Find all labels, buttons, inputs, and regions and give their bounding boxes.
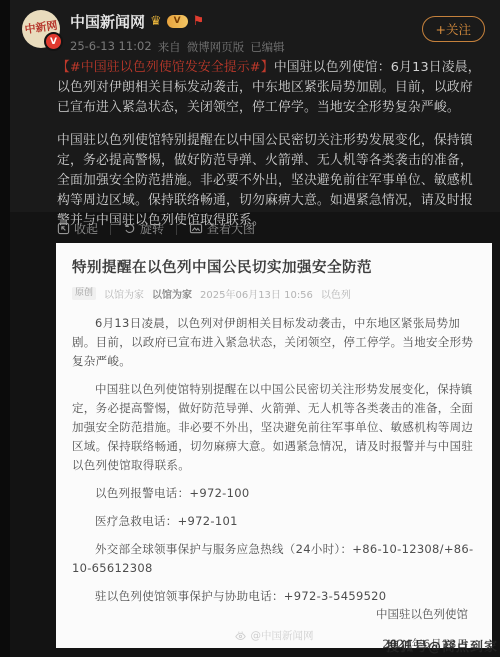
view-large-icon — [189, 222, 203, 235]
vip-badge: V — [167, 15, 188, 28]
article-meta: 原创 以馆为家 以馆为家 2025年06月13日 10:56 以色列 — [72, 286, 476, 301]
weibo-watermark: @中国新闻网 — [235, 628, 314, 643]
corner-watermark: 搜狐号@商点到家 — [386, 636, 498, 655]
article-phone-hotline: 外交部全球领事保护与服务应急热线（24小时）：+86-10-12308/+86-… — [72, 540, 476, 578]
embedded-article-image[interactable]: 特别提醒在以色列中国公民切实加强安全防范 原创 以馆为家 以馆为家 2025年0… — [56, 243, 492, 648]
article-phone-embassy: 驻以色列使馆领事保护与协助电话：+972-3-5459520 — [72, 587, 476, 606]
weibo-eye-icon — [235, 631, 247, 641]
article-phone-medical: 医疗急救电话：+972-101 — [72, 512, 476, 531]
verified-v-badge: V — [44, 32, 63, 51]
hashtag-link[interactable]: 【#中国驻以色列使馆发安全提示#】 — [57, 60, 274, 75]
source-link[interactable]: 微博网页版 — [187, 39, 245, 55]
weibo-post-page: 中新网 V 中国新闻网 ♛ V ⚑ 25-6-13 11:02 来自 微博网页版… — [0, 0, 500, 657]
follow-button[interactable]: +关注 — [422, 16, 485, 42]
article-location: 以色列 — [321, 286, 351, 301]
edited-label: 已编辑 — [250, 39, 285, 55]
article-account: 以馆为家 — [152, 286, 192, 301]
toolbar-divider — [110, 223, 111, 235]
rotate-label: 旋转 — [140, 220, 164, 237]
article-signoff: 中国驻以色列使馆 — [72, 606, 476, 622]
rotate-button[interactable]: 旋转 — [123, 220, 164, 237]
collapse-icon — [57, 222, 70, 235]
weibo-watermark-text: @中国新闻网 — [251, 628, 314, 643]
post-paragraph: 【#中国驻以色列使馆发安全提示#】中国驻以色列使馆：6月13日凌晨，以色列对伊朗… — [57, 58, 481, 118]
crown-icon: ♛ — [150, 15, 162, 28]
author-name[interactable]: 中国新闻网 — [70, 11, 145, 32]
collapse-label: 收起 — [74, 220, 98, 237]
post-paragraph: 中国驻以色列使馆特别提醒在以中国公民密切关注形势发展变化，保持镇定，务必提高警惕… — [57, 131, 481, 231]
article-paragraph: 中国驻以色列使馆特别提醒在以中国公民密切关注形势发展变化，保持镇定，务必提高警惕… — [72, 380, 476, 475]
flag-icon: ⚑ — [193, 15, 205, 28]
image-toolbar: 收起 旋转 查看大图 — [57, 220, 255, 237]
avatar[interactable]: 中新网 V — [22, 10, 60, 48]
view-large-button[interactable]: 查看大图 — [189, 220, 255, 237]
article-phone-police: 以色列报警电话：+972-100 — [72, 484, 476, 503]
post-header: 中新网 V 中国新闻网 ♛ V ⚑ 25-6-13 11:02 来自 微博网页版… — [22, 10, 485, 60]
post-content: 【#中国驻以色列使馆发安全提示#】中国驻以色列使馆：6月13日凌晨，以色列对伊朗… — [57, 58, 481, 244]
collapse-button[interactable]: 收起 — [57, 220, 98, 237]
source-prefix: 来自 — [158, 39, 181, 55]
article-date: 2025年06月13日 10:56 — [200, 286, 313, 301]
post-meta: 25-6-13 11:02 来自 微博网页版 已编辑 — [70, 39, 285, 55]
toolbar-divider — [176, 223, 177, 235]
article-body: 6月13日凌晨，以色列对伊朗相关目标发动袭击，中东地区紧张局势加剧。目前，以政府… — [72, 301, 476, 606]
view-large-label: 查看大图 — [207, 220, 255, 237]
author-block: 中国新闻网 ♛ V ⚑ 25-6-13 11:02 来自 微博网页版 已编辑 — [70, 11, 285, 55]
article-title: 特别提醒在以色列中国公民切实加强安全防范 — [72, 256, 476, 277]
article-paragraph: 6月13日凌晨，以色列对伊朗相关目标发动袭击，中东地区紧张局势加剧。目前，以政府… — [72, 314, 476, 371]
article-author: 以馆为家 — [104, 286, 144, 301]
timestamp: 25-6-13 11:02 — [70, 39, 152, 55]
rotate-icon — [123, 222, 136, 235]
original-badge: 原创 — [72, 287, 96, 300]
